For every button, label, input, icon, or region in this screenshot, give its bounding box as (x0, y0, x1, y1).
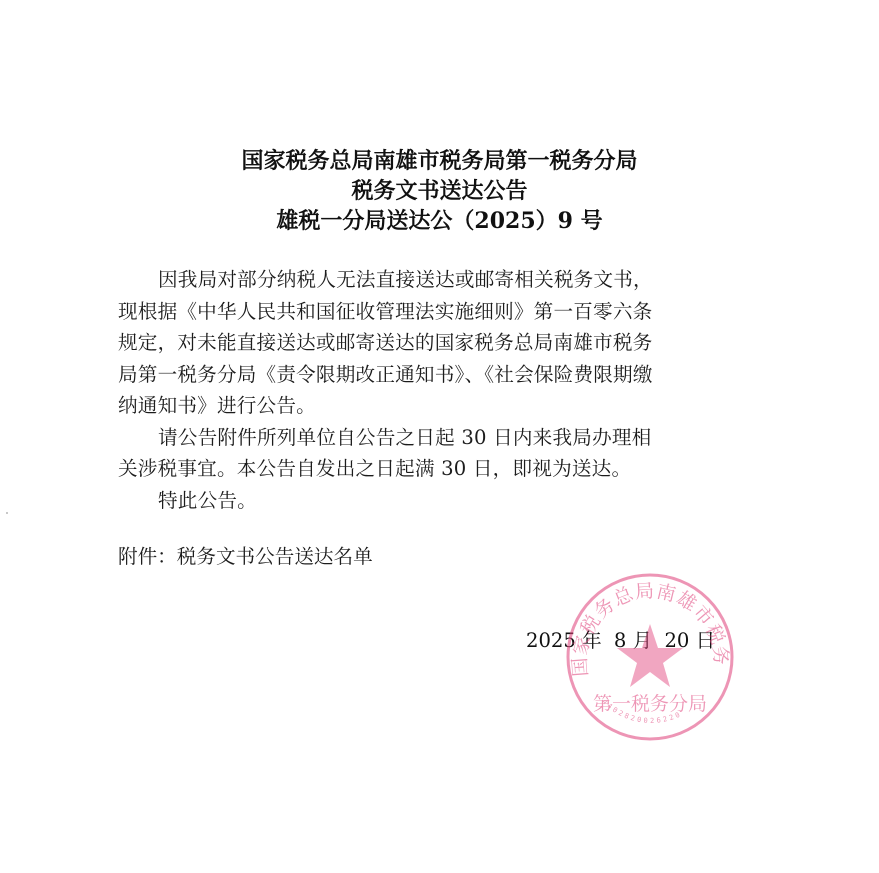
paragraph-line: 局第一税务分局《责令限期改正通知书》、《社会保险费限期缴 (118, 359, 738, 391)
paragraph-line: 现根据《中华人民共和国征收管理法实施细则》第一百零六条 (118, 296, 738, 328)
date-year: 2025 年 (526, 629, 602, 652)
paragraph-line: 请公告附件所列单位自公告之日起 30 日内来我局办理相 (118, 422, 738, 454)
paragraph-line: 规定，对未能直接送达或邮寄送达的国家税务总局南雄市税务 (118, 327, 738, 359)
issuing-authority-title: 国家税务总局南雄市税务局第一税务分局 (0, 146, 879, 176)
document-number: 雄税一分局送达公（2025）9 号 (0, 206, 879, 236)
notice-title: 税务文书送达公告 (0, 176, 879, 206)
paragraph-2: 请公告附件所列单位自公告之日起 30 日内来我局办理相 关涉税事宜。本公告自发出… (118, 422, 738, 485)
official-seal-icon: 国家税务总局南雄市税务局 第一税务分局 4402820026220 (562, 572, 738, 742)
paragraph-line: 因我局对部分纳税人无法直接送达或邮寄相关税务文书， (118, 264, 738, 296)
svg-text:4402820026220: 4402820026220 (601, 698, 684, 725)
issue-date: 2025 年 8 月 20 日 (526, 626, 721, 656)
scan-speck (6, 512, 8, 514)
seal-outer-text: 国家税务总局南雄市税务局 (562, 572, 732, 677)
date-day: 20 日 (664, 629, 715, 652)
closing-line: 特此公告。 (118, 485, 738, 517)
seal-serial: 4402820026220 (601, 698, 684, 725)
seal-inner-text: 第一税务分局 (593, 693, 707, 715)
svg-text:国家税务总局南雄市税务局: 国家税务总局南雄市税务局 (562, 572, 732, 677)
paragraph-line: 纳通知书》进行公告。 (118, 390, 738, 422)
heading-line-2: 税务文书送达公告 (0, 176, 879, 206)
paragraph-3: 特此公告。 (118, 485, 738, 517)
heading-line-3: 雄税一分局送达公（2025）9 号 (0, 206, 879, 236)
paragraph-line: 关涉税事宜。本公告自发出之日起满 30 日，即视为送达。 (118, 453, 738, 485)
date-month: 8 月 (614, 629, 652, 652)
paragraph-1: 因我局对部分纳税人无法直接送达或邮寄相关税务文书， 现根据《中华人民共和国征收管… (118, 264, 738, 422)
attachment-line: 附件：税务文书公告送达名单 (118, 542, 373, 572)
heading-line-1: 国家税务总局南雄市税务局第一税务分局 (0, 146, 879, 176)
document-page: 国家税务总局南雄市税务局第一税务分局 税务文书送达公告 雄税一分局送达公（202… (0, 0, 879, 873)
